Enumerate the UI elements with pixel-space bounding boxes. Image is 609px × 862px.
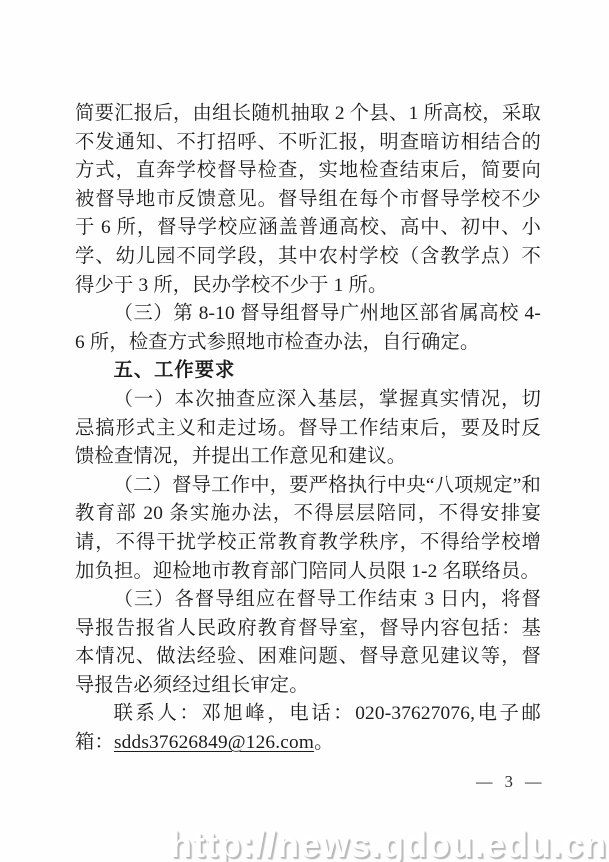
watermark-url: http://news.gdou.edu.cn — [170, 824, 607, 862]
page-number: — 3 — — [476, 772, 546, 792]
document-body-text: 简要汇报后，由组长随机抽取 2 个县、1 所高校，采取不发通知、不打招呼、不听汇… — [75, 100, 541, 758]
paragraph-requirement-one: （一）本次抽查应深入基层，掌握真实情况，切忌搞形式主义和走过场。督导工作结束后，… — [75, 386, 541, 472]
document-page: 简要汇报后，由组长随机抽取 2 个县、1 所高校，采取不发通知、不打招呼、不听汇… — [0, 0, 609, 862]
contact-email: sdds37626849@126.com — [114, 732, 314, 753]
contact-suffix: 。 — [314, 732, 333, 753]
section-heading-work-requirements: 五、工作要求 — [75, 357, 541, 386]
contact-paragraph: 联系人：邓旭峰，电话：020-37627076,电子邮箱：sdds3762684… — [75, 700, 541, 757]
paragraph-requirement-three: （三）各督导组应在督导工作结束 3 日内，将督导报告报省人民政府教育督导室，督导… — [75, 586, 541, 700]
paragraph-item-three-highschools: （三）第 8-10 督导组督导广州地区部省属高校 4-6 所，检查方式参照地市检… — [75, 300, 541, 357]
paragraph-continuation: 简要汇报后，由组长随机抽取 2 个县、1 所高校，采取不发通知、不打招呼、不听汇… — [75, 100, 541, 300]
paragraph-requirement-two: （二）督导工作中，要严格执行中央“八项规定”和教育部 20 条实施办法，不得层层… — [75, 472, 541, 586]
